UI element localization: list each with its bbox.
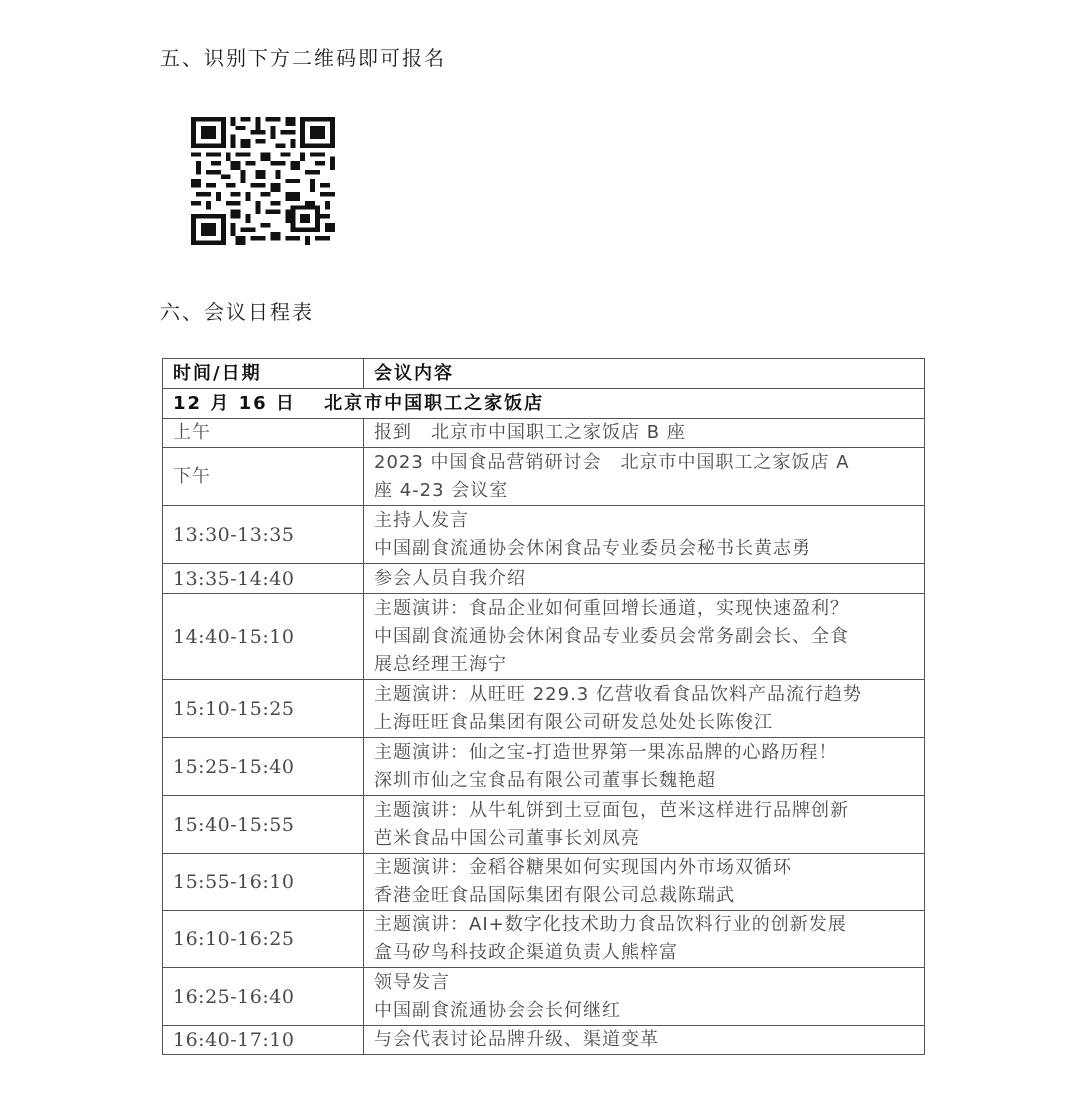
table-row: 15:55-16:10 主题演讲：金稻谷糖果如何实现国内外市场双循环香港金旺食品… xyxy=(163,854,925,911)
schedule-heading: 六、会议日程表 xyxy=(160,296,314,325)
row-content: 主题演讲：食品企业如何重回增长通道，实现快速盈利？中国副食流通协会休闲食品专业委… xyxy=(364,594,925,680)
content-line: 主题演讲：金稻谷糖果如何实现国内外市场双循环 xyxy=(374,854,924,882)
content-line: 盒马矽鸟科技政企渠道负责人熊梓富 xyxy=(374,939,924,967)
row-content: 主题演讲：金稻谷糖果如何实现国内外市场双循环香港金旺食品国际集团有限公司总裁陈瑞… xyxy=(364,854,925,911)
row-time: 14:40-15:10 xyxy=(163,594,364,680)
content-line: 领导发言 xyxy=(374,969,924,997)
row-time: 上午 xyxy=(163,419,364,448)
qr-code-icon[interactable] xyxy=(191,117,335,245)
content-line: 座 4-23 会议室 xyxy=(374,477,924,505)
table-row: 下午 2023 中国食品营销研讨会 北京市中国职工之家饭店 A座 4-23 会议… xyxy=(163,448,925,506)
content-line: 中国副食流通协会休闲食品专业委员会秘书长黄志勇 xyxy=(374,535,924,563)
row-time: 15:25-15:40 xyxy=(163,738,364,796)
row-content: 参会人员自我介绍 xyxy=(364,564,925,594)
content-line: 主持人发言 xyxy=(374,507,924,535)
table-header-row: 时间/日期 会议内容 xyxy=(163,359,925,389)
content-line: 参会人员自我介绍 xyxy=(374,565,924,593)
row-time: 15:10-15:25 xyxy=(163,680,364,738)
content-line: 报到 北京市中国职工之家饭店 B 座 xyxy=(374,419,924,447)
content-line: 芭米食品中国公司董事长刘凤亮 xyxy=(374,825,924,853)
content-line: 主题演讲：AI+数字化技术助力食品饮料行业的创新发展 xyxy=(374,911,924,939)
row-content: 主持人发言中国副食流通协会休闲食品专业委员会秘书长黄志勇 xyxy=(364,506,925,564)
table-row: 13:30-13:35 主持人发言中国副食流通协会休闲食品专业委员会秘书长黄志勇 xyxy=(163,506,925,564)
content-line: 深圳市仙之宝食品有限公司董事长魏艳超 xyxy=(374,767,924,795)
row-content: 主题演讲：从牛轧饼到土豆面包，芭米这样进行品牌创新芭米食品中国公司董事长刘凤亮 xyxy=(364,796,925,854)
table-row: 13:35-14:40 参会人员自我介绍 xyxy=(163,564,925,594)
content-line: 主题演讲：仙之宝-打造世界第一果冻品牌的心路历程！ xyxy=(374,739,924,767)
registration-heading: 五、识别下方二维码即可报名 xyxy=(160,42,446,71)
header-content: 会议内容 xyxy=(364,359,925,389)
table-row: 15:10-15:25 主题演讲：从旺旺 229.3 亿营收看食品饮料产品流行趋… xyxy=(163,680,925,738)
content-line: 中国副食流通协会休闲食品专业委员会常务副会长、全食 xyxy=(374,623,924,651)
table-row: 15:40-15:55 主题演讲：从牛轧饼到土豆面包，芭米这样进行品牌创新芭米食… xyxy=(163,796,925,854)
row-content: 主题演讲：仙之宝-打造世界第一果冻品牌的心路历程！深圳市仙之宝食品有限公司董事长… xyxy=(364,738,925,796)
table-row: 上午 报到 北京市中国职工之家饭店 B 座 xyxy=(163,419,925,448)
row-time: 15:40-15:55 xyxy=(163,796,364,854)
content-line: 主题演讲：从牛轧饼到土豆面包，芭米这样进行品牌创新 xyxy=(374,797,924,825)
row-content: 主题演讲：AI+数字化技术助力食品饮料行业的创新发展盒马矽鸟科技政企渠道负责人熊… xyxy=(364,911,925,968)
table-row: 16:25-16:40 领导发言中国副食流通协会会长何继红 xyxy=(163,968,925,1026)
content-line: 2023 中国食品营销研讨会 北京市中国职工之家饭店 A xyxy=(374,449,924,477)
content-line: 香港金旺食品国际集团有限公司总裁陈瑞武 xyxy=(374,882,924,910)
header-time: 时间/日期 xyxy=(163,359,364,389)
date-row: 12 月 16 日 北京市中国职工之家饭店 xyxy=(163,389,925,419)
row-content: 主题演讲：从旺旺 229.3 亿营收看食品饮料产品流行趋势上海旺旺食品集团有限公… xyxy=(364,680,925,738)
content-line: 主题演讲：食品企业如何重回增长通道，实现快速盈利？ xyxy=(374,595,924,623)
row-content: 报到 北京市中国职工之家饭店 B 座 xyxy=(364,419,925,448)
table-row: 14:40-15:10 主题演讲：食品企业如何重回增长通道，实现快速盈利？中国副… xyxy=(163,594,925,680)
table-row: 15:25-15:40 主题演讲：仙之宝-打造世界第一果冻品牌的心路历程！深圳市… xyxy=(163,738,925,796)
row-content: 2023 中国食品营销研讨会 北京市中国职工之家饭店 A座 4-23 会议室 xyxy=(364,448,925,506)
date-venue: 12 月 16 日 北京市中国职工之家饭店 xyxy=(163,389,925,419)
content-line: 中国副食流通协会会长何继红 xyxy=(374,997,924,1025)
content-line: 上海旺旺食品集团有限公司研发总处处长陈俊江 xyxy=(374,709,924,737)
content-line: 主题演讲：从旺旺 229.3 亿营收看食品饮料产品流行趋势 xyxy=(374,681,924,709)
content-line: 展总经理王海宁 xyxy=(374,651,924,679)
row-content: 领导发言中国副食流通协会会长何继红 xyxy=(364,968,925,1026)
row-time: 13:35-14:40 xyxy=(163,564,364,594)
row-time: 下午 xyxy=(163,448,364,506)
row-time: 16:25-16:40 xyxy=(163,968,364,1026)
row-time: 13:30-13:35 xyxy=(163,506,364,564)
row-time: 16:40-17:10 xyxy=(163,1026,364,1055)
content-line: 与会代表讨论品牌升级、渠道变革 xyxy=(374,1026,924,1054)
row-content: 与会代表讨论品牌升级、渠道变革 xyxy=(364,1026,925,1055)
row-time: 16:10-16:25 xyxy=(163,911,364,968)
table-row: 16:10-16:25 主题演讲：AI+数字化技术助力食品饮料行业的创新发展盒马… xyxy=(163,911,925,968)
schedule-table: 时间/日期 会议内容 12 月 16 日 北京市中国职工之家饭店 上午 报到 北… xyxy=(162,358,925,1055)
row-time: 15:55-16:10 xyxy=(163,854,364,911)
table-row: 16:40-17:10 与会代表讨论品牌升级、渠道变革 xyxy=(163,1026,925,1055)
